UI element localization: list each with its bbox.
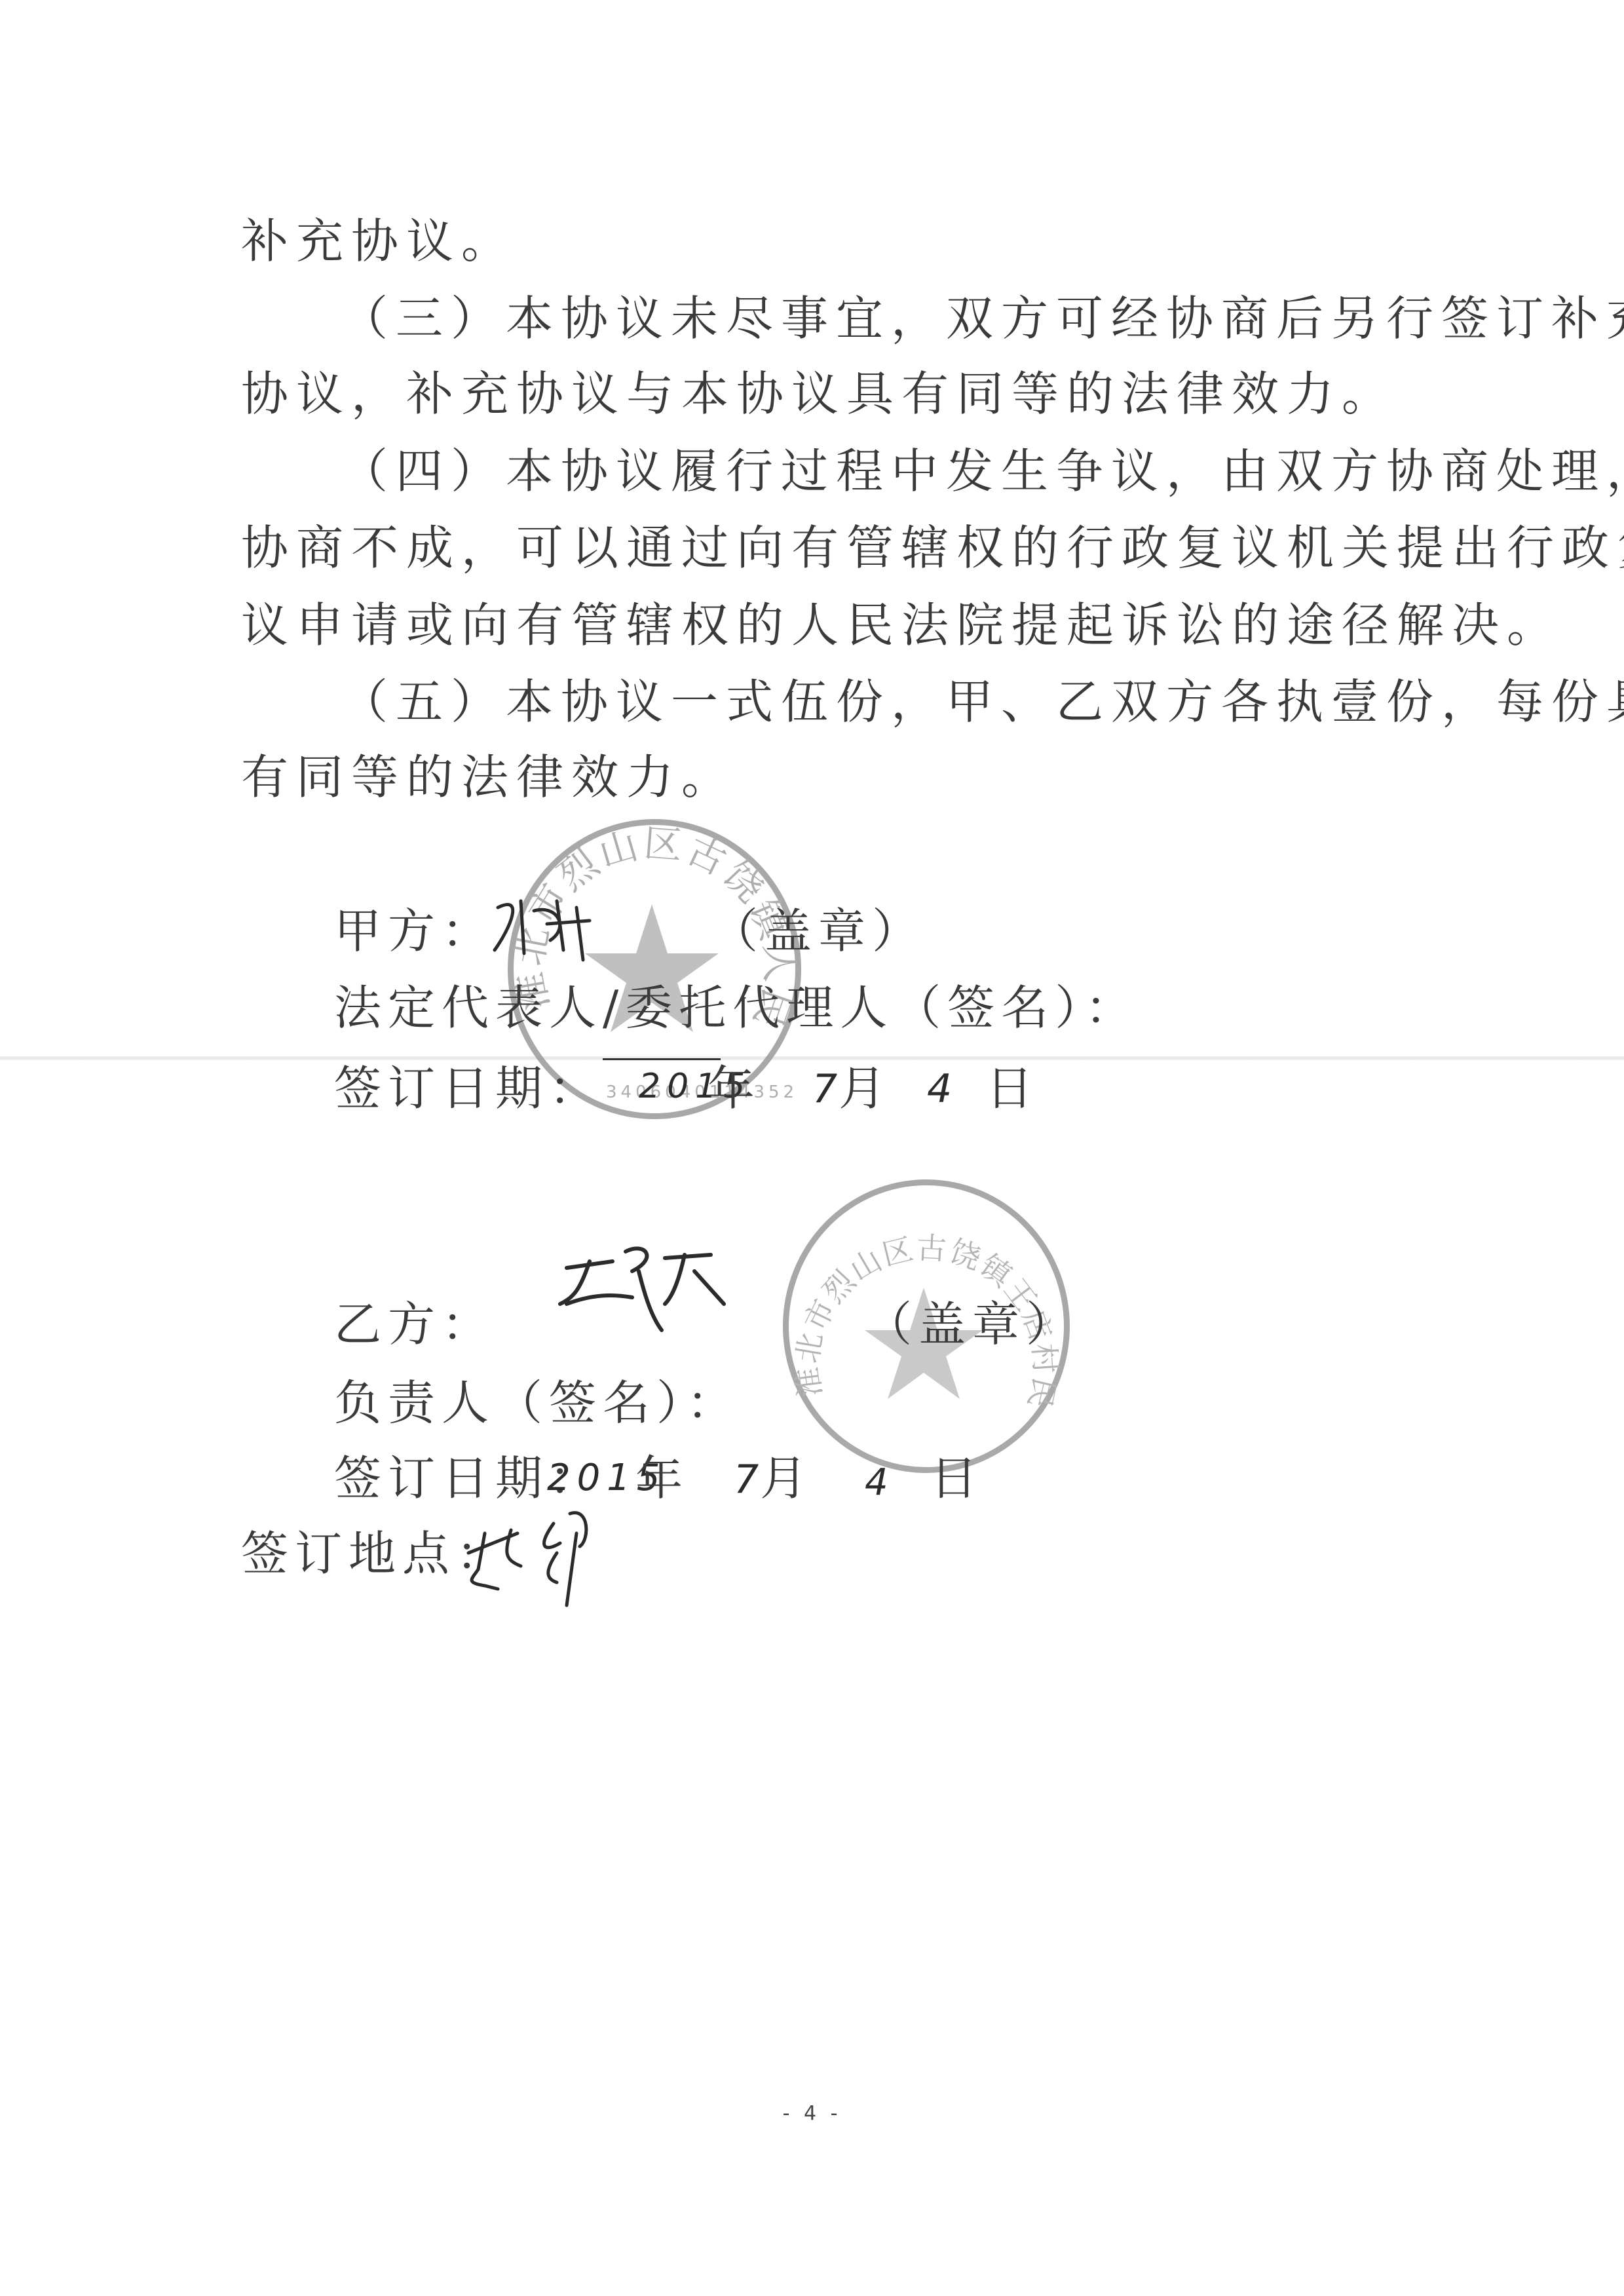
party-b-seal-note: （盖章） <box>865 1301 1080 1348</box>
paragraph-line: 议申请或向有管辖权的人民法院提起诉讼的途径解决。 <box>241 602 1562 649</box>
party-b-month-unit: 月 <box>760 1455 814 1502</box>
party-a-year-unit: 年 <box>708 1065 761 1112</box>
paragraph-line: 协议，补充协议与本协议具有同等的法律效力。 <box>241 370 1397 417</box>
party-a-date-day: 4 <box>927 1069 958 1109</box>
party-a-date-label: 签订日期： <box>334 1065 603 1112</box>
signing-place-handwriting <box>459 1507 655 1625</box>
party-a-signature <box>485 888 616 966</box>
party-a-label: 甲方： <box>334 908 495 955</box>
date-underline <box>603 1058 721 1060</box>
party-b-label: 乙方： <box>334 1301 495 1348</box>
page-number: - 4 - <box>0 2102 1624 2125</box>
party-a-month-unit: 月 <box>839 1065 892 1112</box>
paragraph-line: 补充协议。 <box>241 218 516 265</box>
party-b-representative-label: 负责人（签名）： <box>334 1379 740 1426</box>
party-a-representative-label: 法定代表人/委托代理人（签名）： <box>334 984 1139 1031</box>
party-b-year-unit: 年 <box>635 1455 689 1502</box>
party-a-day-unit: 日 <box>986 1065 1040 1112</box>
paragraph-line: 有同等的法律效力。 <box>241 754 736 801</box>
scan-artifact-line <box>0 1056 1624 1060</box>
document-page: 补充协议。 （三）本协议未尽事宜，双方可经协商后另行签订补充 协议，补充协议与本… <box>0 0 1624 2296</box>
paragraph-line: （五）本协议一式伍份，甲、乙双方各执壹份，每份具 <box>341 678 1624 725</box>
party-a-seal-note: （盖章） <box>711 908 926 955</box>
paragraph-line: （四）本协议履行过程中发生争议，由双方协商处理， <box>341 448 1624 495</box>
party-b-signature <box>554 1232 750 1343</box>
party-b-day-unit: 日 <box>930 1455 984 1502</box>
paragraph-line: 协商不成，可以通过向有管辖权的行政复议机关提出行政复 <box>241 524 1624 571</box>
party-b-date-day: 4 <box>865 1464 895 1501</box>
paragraph-line: （三）本协议未尽事宜，双方可经协商后另行签订补充 <box>341 295 1624 342</box>
